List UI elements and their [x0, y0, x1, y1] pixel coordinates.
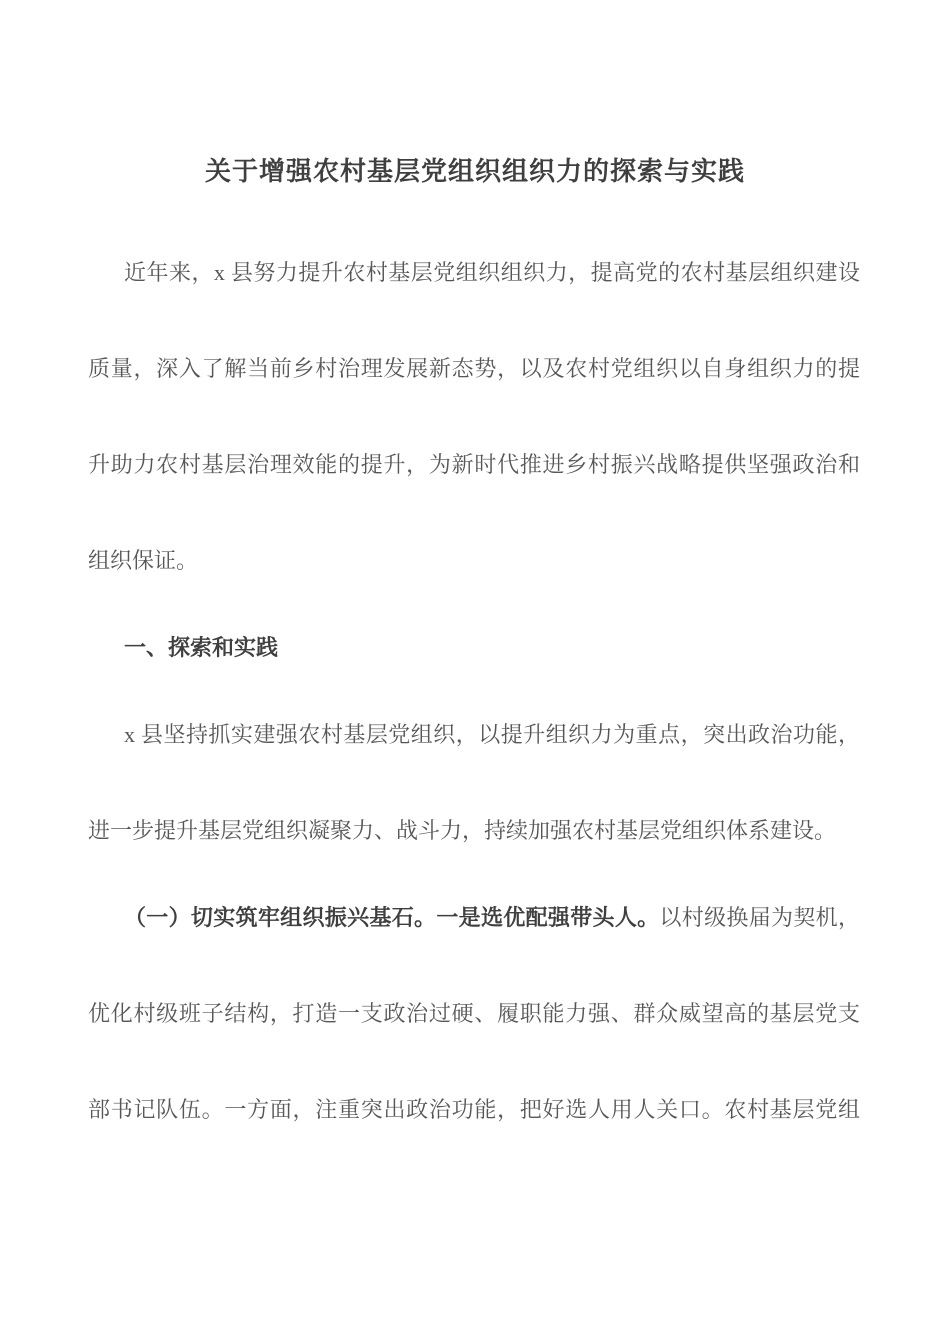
emphasis-text: 一、探索和实践	[124, 635, 278, 660]
document-page: 关于增强农村基层党组织组织力的探索与实践 近年来，x 县努力提升农村基层党组织组…	[0, 0, 950, 1344]
body-text: 进一步提升基层党组织凝聚力、战斗力，持续加强农村基层党组织体系建设。	[88, 818, 836, 843]
body-text: 优化村级班子结构，打造一支政治过硬、履职能力强、群众威望高的基层党支	[88, 1001, 860, 1026]
text-line: 升助力农村基层治理效能的提升，为新时代推进乡村振兴战略提供坚强政治和	[88, 417, 860, 513]
paragraph: 近年来，x 县努力提升农村基层党组织组织力，提高党的农村基层组织建设质量，深入了…	[88, 225, 860, 609]
text-line: 一、探索和实践	[88, 600, 860, 696]
text-line: 进一步提升基层党组织凝聚力、战斗力，持续加强农村基层党组织体系建设。	[88, 783, 860, 879]
body-text: 部书记队伍。一方面，注重突出政治功能，把好选人用人关口。农村基层党组	[88, 1097, 860, 1122]
emphasis-text: （一）切实筑牢组织振兴基石。一是选优配强带头人。	[124, 905, 659, 930]
text-line: 组织保证。	[88, 513, 860, 609]
body-text: 质量，深入了解当前乡村治理发展新态势，以及农村党组织以自身组织力的提	[88, 356, 860, 381]
body-text: 近年来，x 县努力提升农村基层党组织组织力，提高党的农村基层组织建设	[124, 260, 860, 285]
section-heading: 一、探索和实践	[88, 600, 860, 696]
text-line: 近年来，x 县努力提升农村基层党组织组织力，提高党的农村基层组织建设	[88, 225, 860, 321]
body-text: 组织保证。	[88, 548, 198, 573]
text-line: （一）切实筑牢组织振兴基石。一是选优配强带头人。以村级换届为契机，	[88, 870, 860, 966]
document-title: 关于增强农村基层党组织组织力的探索与实践	[0, 0, 950, 192]
text-line: x 县坚持抓实建强农村基层党组织，以提升组织力为重点，突出政治功能，	[88, 687, 860, 783]
text-line: 质量，深入了解当前乡村治理发展新态势，以及农村党组织以自身组织力的提	[88, 321, 860, 417]
body-text: 以村级换届为契机，	[659, 905, 860, 930]
text-line: 优化村级班子结构，打造一支政治过硬、履职能力强、群众威望高的基层党支	[88, 966, 860, 1062]
body-text: 升助力农村基层治理效能的提升，为新时代推进乡村振兴战略提供坚强政治和	[88, 452, 860, 477]
paragraph: （一）切实筑牢组织振兴基石。一是选优配强带头人。以村级换届为契机，优化村级班子结…	[88, 870, 860, 1158]
document-body: 近年来，x 县努力提升农村基层党组织组织力，提高党的农村基层组织建设质量，深入了…	[88, 225, 860, 1158]
text-line: 部书记队伍。一方面，注重突出政治功能，把好选人用人关口。农村基层党组	[88, 1062, 860, 1158]
paragraph: x 县坚持抓实建强农村基层党组织，以提升组织力为重点，突出政治功能，进一步提升基…	[88, 687, 860, 879]
body-text: x 县坚持抓实建强农村基层党组织，以提升组织力为重点，突出政治功能，	[124, 722, 860, 747]
